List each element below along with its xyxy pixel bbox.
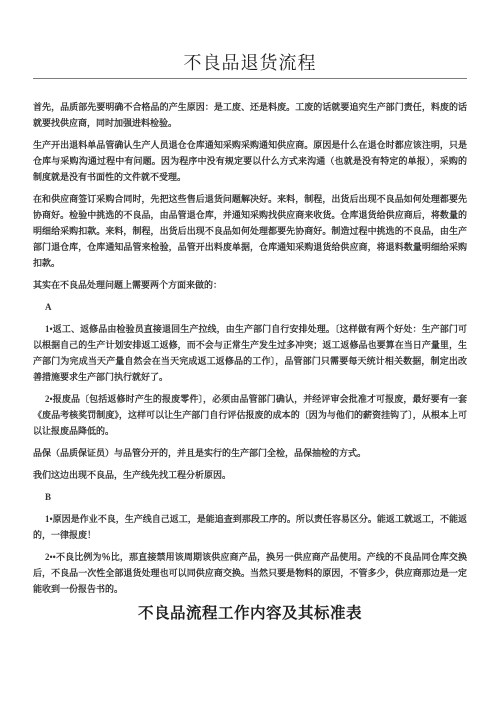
document-title: 不良品退货流程 [33,54,467,73]
body-paragraph: 首先，品质部先要明确不合格品的产生原因：是工废、还是料废。工废的话就要追究生产部… [33,99,467,131]
body-paragraph: 生产开出退料单品管确认生产人员退仓仓库通知采购采购通知供应商。原因是什么在退仓时… [33,137,467,185]
section-label-b: B [45,489,467,505]
body-paragraph: 在和供应商签订采购合同时，先把这些售后退货问题解决好。来料，制程，出货后出现不良… [33,191,467,271]
body-paragraph: 1•返工、返修品由检验员直接退回生产拉线，由生产部门自行安排处理。〔这样做有两个… [33,321,467,385]
document-page: 不良品退货流程 首先，品质部先要明确不合格品的产生原因：是工废、还是料废。工废的… [0,0,500,707]
body-paragraph: 2•报废品〔包括返修时产生的报废零件〕，必须由品管部门确认，并经评审会批准才可报… [33,391,467,439]
document-body: 首先，品质部先要明确不合格品的产生原因：是工废、还是料废。工废的话就要追究生产部… [33,99,467,597]
table-section-title: 不良品流程工作内容及其标准表 [33,605,467,622]
body-paragraph: 品保（品质保证员）与品管分开的，并且是实行的生产部门全检，品保抽检的方式。 [33,445,467,461]
body-paragraph: 2••不良比例为％比，那直接禁用该周期该供应商产品，换另一供应商产品使用。产线的… [33,549,467,597]
title-divider [33,78,467,79]
body-paragraph: 其实在不良品处理问题上需要两个方面来做的： [33,277,467,293]
section-label-a: A [45,299,467,315]
body-paragraph: 1•原因是作业不良，生产线自己返工，是能追查到那段工序的。所以责任容易区分。能返… [33,511,467,543]
body-paragraph: 我们这边出现不良品，生产线先找工程分析原因。 [33,467,467,483]
